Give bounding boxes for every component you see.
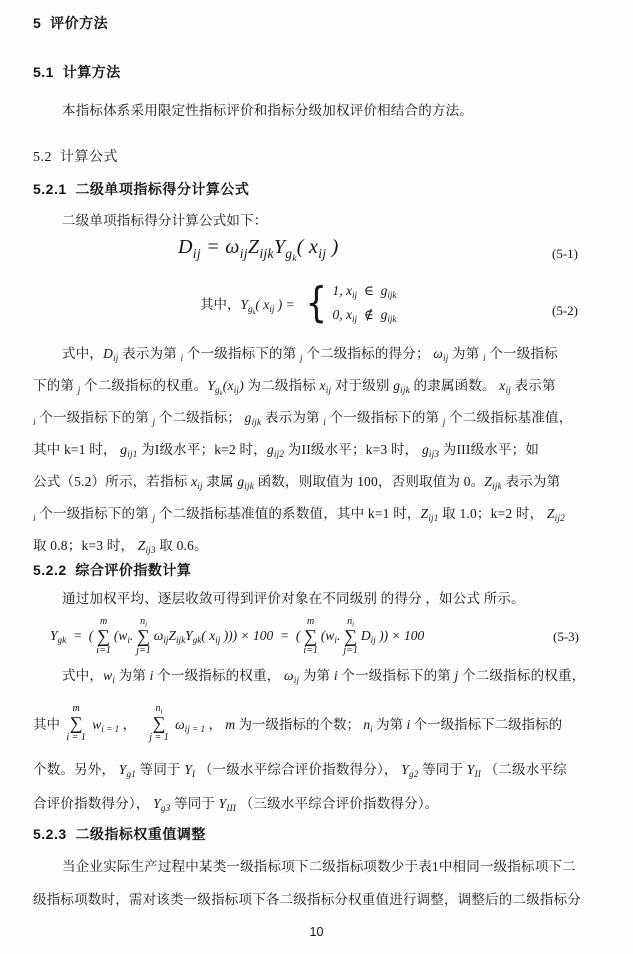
explanation-line: 式中，Dij 表示为第 i 个一级指标下的第 j 个二级指标的得分； ωij 为… xyxy=(62,344,558,364)
case-row-2: 0, xij ∉ gijk xyxy=(332,307,396,323)
formula-5-3: Ygk = (m∑i=1(wi.ni∑j=1ωijZijkYgk( xij ))… xyxy=(50,612,424,660)
explanation-line: 式中，wi 为第 i 个一级指标的权重， ωij 为第 i 个一级指标下的第 j… xyxy=(62,666,585,686)
formula-5-1: Dij = ωijZijkYgk( xij ) xyxy=(178,236,339,259)
explanation-line: 取 0.8；k=3 时， Zij3 取 0.6。 xyxy=(33,536,208,556)
sum-symbol: ni∑j = 1 xyxy=(149,703,169,743)
section-heading-5-1: 5.1 计算方法 xyxy=(33,62,121,82)
section-heading-5-2-2: 5.2.2 综合评价指数计算 xyxy=(33,560,191,580)
paragraph-formula-intro: 二级单项指标得分计算公式如下： xyxy=(62,211,268,231)
equation-number-5-3: (5-3) xyxy=(553,629,579,645)
case-row-1: 1, xij ∈ gijk xyxy=(332,283,396,299)
document-page: 5 评价方法 5.1 计算方法 本指标体系采用限定性指标评价和指标分级加权评价相… xyxy=(0,0,633,954)
paragraph-weighted-intro: 通过加权平均、逐层收敛可得到评价对象在不同级别 的得分 ，如公式 所示。 xyxy=(62,589,525,609)
sum-symbol: m∑i=1 xyxy=(303,616,318,656)
paragraph-method: 本指标体系采用限定性指标评价和指标分级加权评价相结合的方法。 xyxy=(62,101,473,121)
section-heading-5-2-1: 5.2.1 二级单项指标得分计算公式 xyxy=(33,179,249,199)
cases-rows: 1, xij ∈ gijk 0, xij ∉ gijk xyxy=(332,283,396,323)
explanation-line: 公式（5.2）所示，若指标 xij 隶属 gijk 函数，则取值为 100，否则… xyxy=(33,472,560,492)
formula-5-2-prefix: 其中，Ygk( xij ) = xyxy=(200,293,295,313)
explanation-line: i 个一级指标下的第 j 个二级指标基准值的系数值，其中 k=1 时，Zij1 … xyxy=(33,504,565,524)
section-heading-5-2-3: 5.2.3 二级指标权重值调整 xyxy=(33,824,206,844)
explanation-line: 个数。另外， Yg1 等同于 YI （一级水平综合评价指数得分）， Yg2 等同… xyxy=(33,760,567,780)
paragraph-adjust-line-2: 级指标项数时，需对该类一级指标项下各二级指标分权重值进行调整，调整后的二级指标分 xyxy=(33,890,581,910)
section-heading-5-2: 5.2 计算公式 xyxy=(33,146,118,166)
explanation-line: 合评价指数得分）， Yg3 等同于 YIII （三级水平综合评价指数得分）。 xyxy=(33,794,438,814)
explanation-line: 下的第 j 个二级指标的权重。Ygk(xij) 为二级指标 xij 对于级别 g… xyxy=(33,376,556,396)
cases-brace: { xyxy=(305,282,326,324)
sum-symbol: m∑i=1 xyxy=(96,616,111,656)
sum-symbol: ni∑j=1 xyxy=(136,616,151,656)
equation-number-5-2: (5-2) xyxy=(552,303,578,319)
sum-constraint-line: 其中 m∑i = 1 wi = 1 ， ni∑j = 1 ωij = 1 ， m… xyxy=(33,697,562,749)
explanation-line: 其中 k=1 时， gij1 为I级水平；k=2 时，gij2 为II级水平；k… xyxy=(33,440,539,460)
paragraph-adjust-line-1: 当企业实际生产过程中某类一级指标项下二级指标项数少于表1中相同一级指标项下二 xyxy=(62,857,576,877)
sum-symbol: ni∑j=1 xyxy=(343,616,358,656)
formula-5-2: 其中，Ygk( xij ) = { 1, xij ∈ gijk 0, xij ∉… xyxy=(200,282,397,324)
page-number: 10 xyxy=(0,925,633,939)
explanation-line: i 个一级指标下的第 j 个二级指标； gijk 表示为第 i 个一级指标下的第… xyxy=(33,408,572,428)
sum-symbol: m∑i = 1 xyxy=(66,703,86,743)
section-heading-5: 5 评价方法 xyxy=(33,13,108,33)
equation-number-5-1: (5-1) xyxy=(552,246,578,262)
